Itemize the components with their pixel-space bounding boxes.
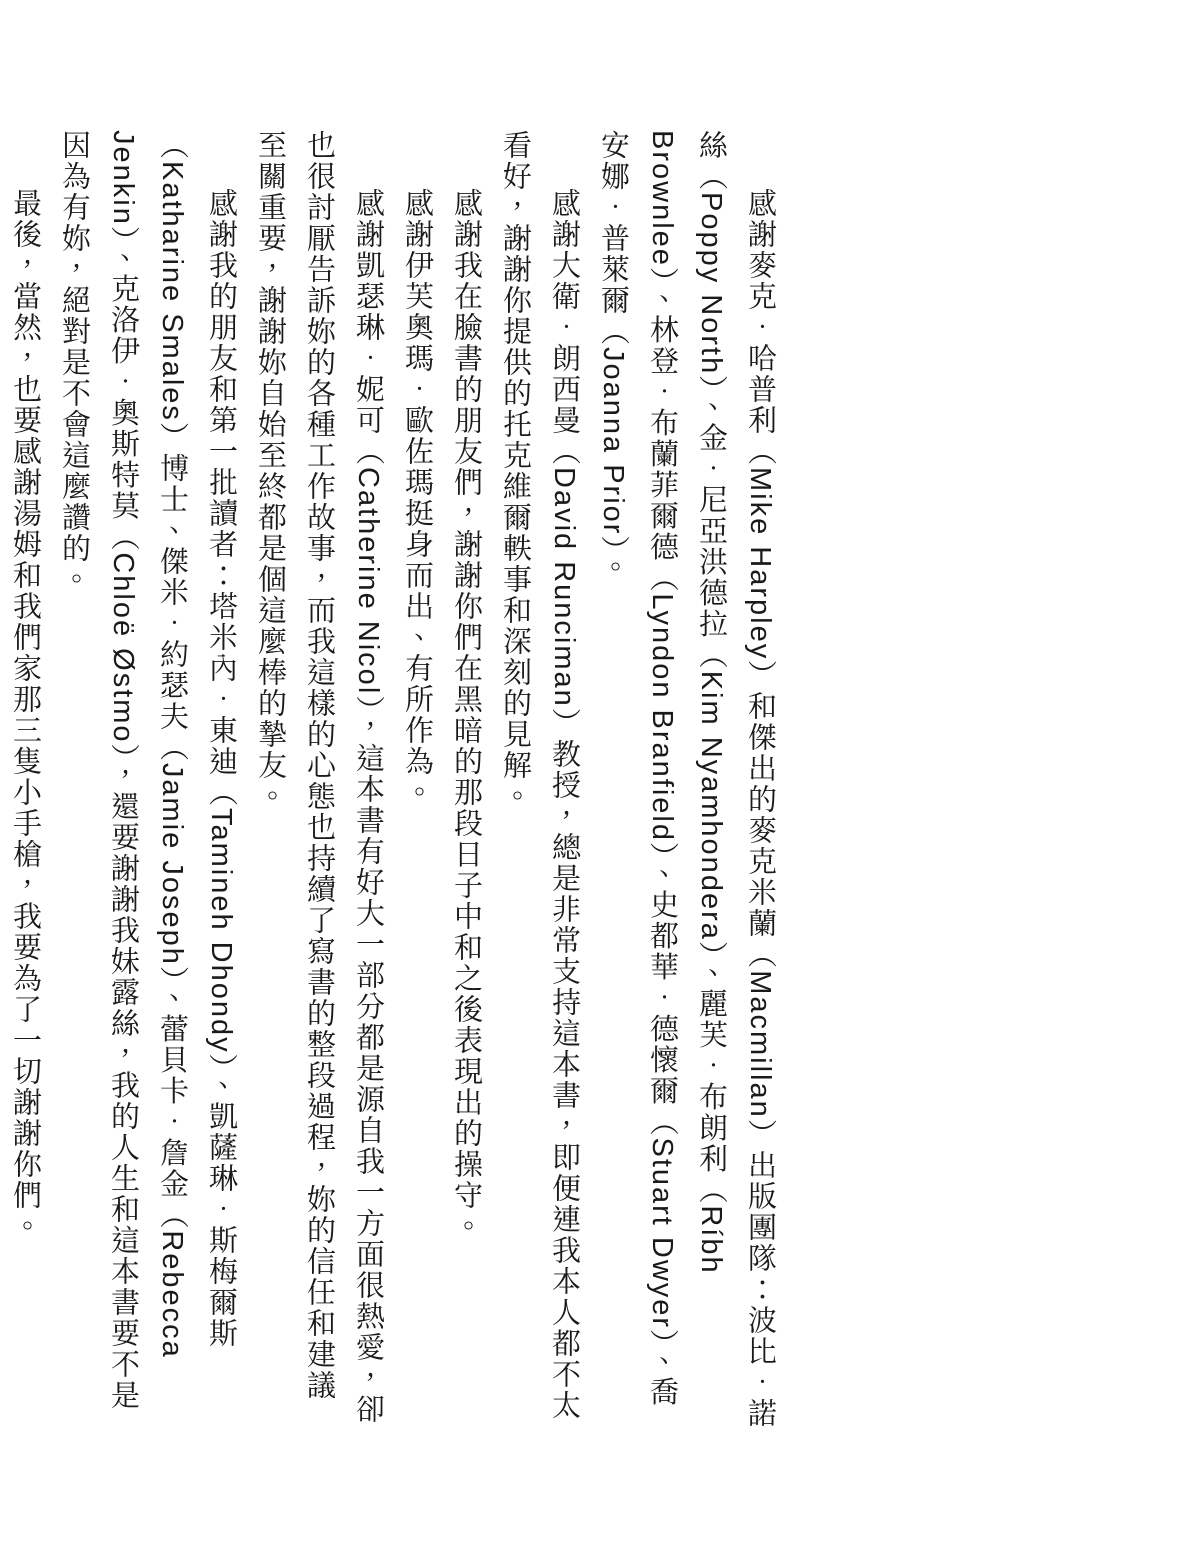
paragraph-family-thanks: 最後，當然，也要感謝湯姆和我們家那三隻小手槍，我要為了一切謝謝你們。 [0,130,49,1430]
acknowledgments-text-block: 感謝麥克．哈普利（Mike Harpley）和傑出的麥克米蘭（Macmillan… [0,130,784,1430]
paragraph-runciman-thanks: 感謝大衛．朗西曼（David Runciman）教授，總是非常支持這本書，即便連… [490,130,588,1430]
paragraph-ozoma-thanks: 感謝伊芙奧瑪．歐佐瑪挺身而出、有所作為。 [392,130,441,1430]
paragraph-publisher-thanks: 感謝麥克．哈普利（Mike Harpley）和傑出的麥克米蘭（Macmillan… [588,130,784,1430]
book-page: 感謝麥克．哈普利（Mike Harpley）和傑出的麥克米蘭（Macmillan… [0,0,1200,1553]
paragraph-nicol-thanks: 感謝凱瑟琳．妮可（Catherine Nicol），這本書有好大一部分都是源自我… [245,130,392,1430]
paragraph-facebook-friends-thanks: 感謝我在臉書的朋友們，謝謝你們在黑暗的那段日子中和之後表現出的操守。 [441,130,490,1430]
paragraph-first-readers-thanks: 感謝我的朋友和第一批讀者：塔米內．東迪（Tamineh Dhondy）、凱薩琳．… [49,130,245,1430]
